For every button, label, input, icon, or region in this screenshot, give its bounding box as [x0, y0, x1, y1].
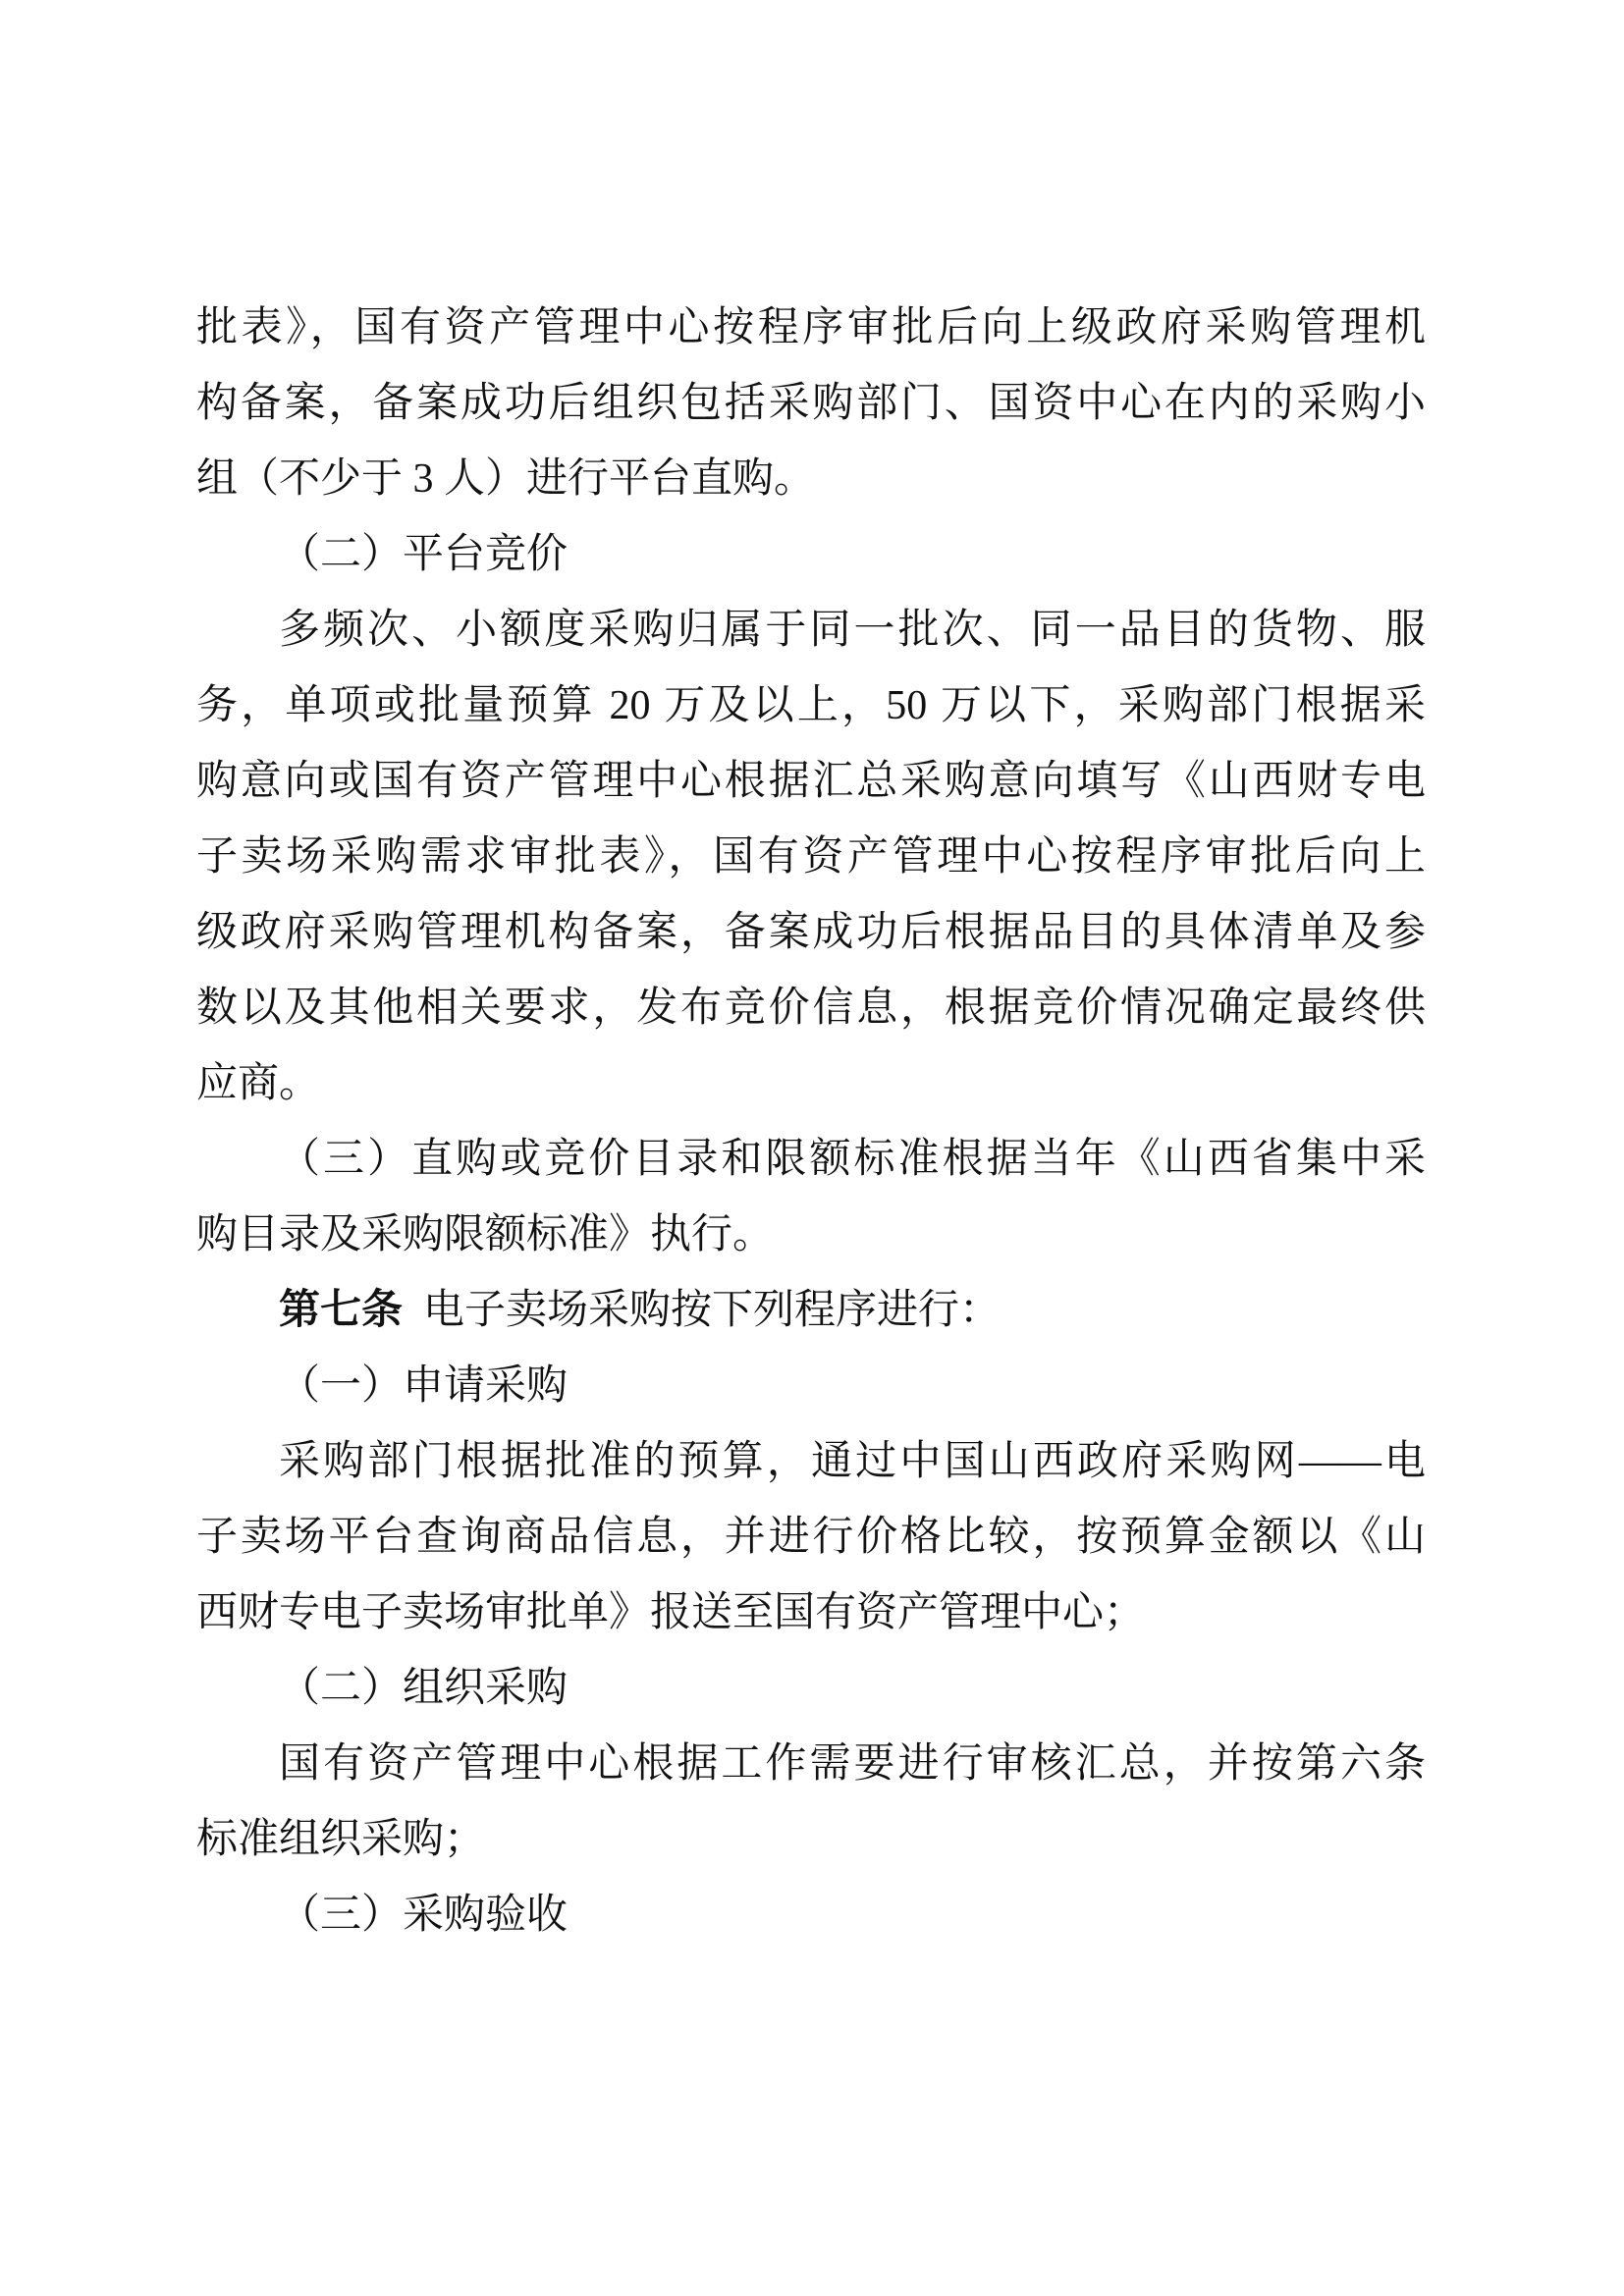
text-line: 国有资产管理中心根据工作需要进行审核汇总，并按第六条	[196, 1727, 1426, 1802]
text-line: 数以及其他相关要求，发布竞价信息，根据竞价情况确定最终供	[196, 971, 1426, 1046]
text-line: 西财专电子卖场审批单》报送至国有资产管理中心；	[196, 1575, 1426, 1651]
text-line: 采购部门根据批准的预算，通过中国山西政府采购网——电	[196, 1424, 1426, 1500]
section-heading-line: （二）平台竞价	[196, 517, 1426, 593]
article-heading-line: 第七条电子卖场采购按下列程序进行：	[196, 1273, 1426, 1349]
text-line: 子卖场平台查询商品信息，并进行价格比较，按预算金额以《山	[196, 1500, 1426, 1575]
article-heading-text: 电子卖场采购按下列程序进行：	[423, 1288, 1001, 1333]
section-heading-line: （三）采购验收	[196, 1878, 1426, 1953]
text-line: 购意向或国有资产管理中心根据汇总采购意向填写《山西财专电	[196, 744, 1426, 820]
text-line: 组（不少于 3 人）进行平台直购。	[196, 442, 1426, 517]
text-line: 标准组织采购；	[196, 1802, 1426, 1878]
section-heading-line: （一）申请采购	[196, 1349, 1426, 1424]
article-number: 第七条	[279, 1288, 403, 1333]
text-line: 构备案，备案成功后组织包括采购部门、国资中心在内的采购小	[196, 366, 1426, 442]
text-line: 购目录及采购限额标准》执行。	[196, 1198, 1426, 1273]
text-line: 应商。	[196, 1046, 1426, 1122]
text-block: 批表》，国有资产管理中心按程序审批后向上级政府采购管理机 构备案，备案成功后组织…	[196, 291, 1426, 1953]
text-line: 务，单项或批量预算 20 万及以上，50 万以下，采购部门根据采	[196, 668, 1426, 744]
document-page: 批表》，国有资产管理中心按程序审批后向上级政府采购管理机 构备案，备案成功后组织…	[0, 0, 1624, 2296]
section-heading-line: （二）组织采购	[196, 1651, 1426, 1727]
text-line: 多频次、小额度采购归属于同一批次、同一品目的货物、服	[196, 593, 1426, 668]
text-line: 级政府采购管理机构备案，备案成功后根据品目的具体清单及参	[196, 895, 1426, 971]
text-line: 子卖场采购需求审批表》，国有资产管理中心按程序审批后向上	[196, 820, 1426, 895]
text-line: （三）直购或竞价目录和限额标准根据当年《山西省集中采	[196, 1122, 1426, 1198]
text-line: 批表》，国有资产管理中心按程序审批后向上级政府采购管理机	[196, 291, 1426, 366]
